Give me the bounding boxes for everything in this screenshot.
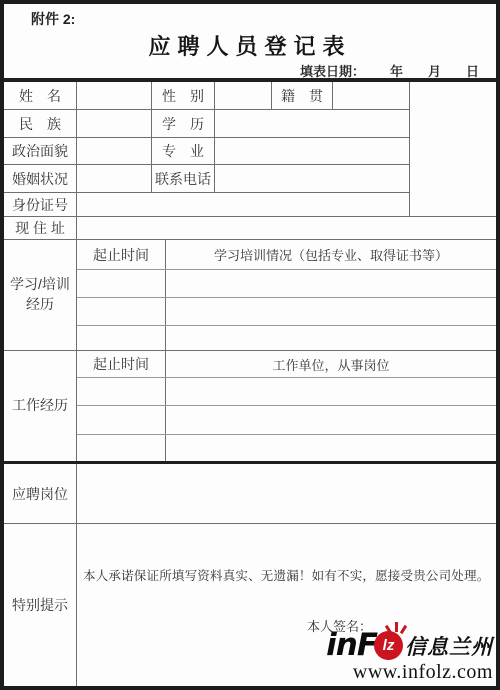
special-notice-label: 特别提示 bbox=[4, 524, 77, 686]
personal-info-section: 姓 名 性 别 籍 贯 民 族 学 历 政治面貌 专 业 婚姻状况 bbox=[4, 82, 496, 240]
phone-value-cell[interactable] bbox=[215, 165, 410, 193]
photo-cell[interactable] bbox=[410, 82, 496, 217]
education-time-cell[interactable] bbox=[77, 326, 166, 351]
major-value-cell[interactable] bbox=[215, 138, 410, 165]
work-time-cell[interactable] bbox=[77, 406, 166, 434]
gender-value-cell[interactable] bbox=[215, 82, 272, 110]
work-detail-header: 工作单位，从事岗位 bbox=[166, 351, 496, 377]
row-address: 现 住 址 bbox=[4, 217, 496, 240]
logo-website: www.infolz.com bbox=[327, 661, 493, 684]
marital-status-value-cell[interactable] bbox=[77, 165, 152, 193]
page-title: 应聘人员登记表 bbox=[4, 30, 496, 61]
education-time-cell[interactable] bbox=[77, 298, 166, 325]
work-blank-row bbox=[77, 435, 496, 461]
address-label: 现 住 址 bbox=[4, 217, 77, 240]
marital-status-label: 婚姻状况 bbox=[4, 165, 77, 193]
education-label: 学 历 bbox=[152, 110, 215, 138]
work-blank-row bbox=[77, 378, 496, 406]
attachment-label: 附件 2: bbox=[31, 9, 75, 29]
logo-latin-text: inF bbox=[326, 630, 377, 661]
work-time-cell[interactable] bbox=[77, 378, 166, 405]
work-detail-cell[interactable] bbox=[166, 378, 496, 405]
name-label: 姓 名 bbox=[4, 82, 77, 110]
registration-table: 姓 名 性 别 籍 贯 民 族 学 历 政治面貌 专 业 婚姻状况 bbox=[4, 78, 496, 686]
education-detail-cell[interactable] bbox=[166, 298, 496, 325]
logo-circle-icon: lz bbox=[374, 631, 403, 660]
id-number-label: 身份证号 bbox=[4, 193, 77, 217]
education-detail-cell[interactable] bbox=[166, 270, 496, 297]
education-header-row: 起止时间 学习培训情况（包括专业、取得证书等） bbox=[77, 240, 496, 270]
id-number-value-cell[interactable] bbox=[77, 193, 410, 217]
education-detail-header: 学习培训情况（包括专业、取得证书等） bbox=[166, 240, 496, 269]
education-section: 学习/培训 经历 起止时间 学习培训情况（包括专业、取得证书等） bbox=[4, 240, 496, 351]
name-value-cell[interactable] bbox=[77, 82, 152, 110]
special-notice-section: 特别提示 本人承诺保证所填写资料真实、无遗漏！如有不实，愿接受贵公司处理。 本人… bbox=[4, 524, 496, 686]
commitment-statement: 本人承诺保证所填写资料真实、无遗漏！如有不实，愿接受贵公司处理。 bbox=[83, 566, 489, 584]
work-detail-cell[interactable] bbox=[166, 406, 496, 434]
education-blank-row bbox=[77, 326, 496, 351]
work-time-header: 起止时间 bbox=[77, 351, 166, 377]
watermark-logo: inF lz 信息兰州 bbox=[327, 630, 493, 684]
phone-label: 联系电话 bbox=[152, 165, 215, 193]
form-sheet: 附件 2: 应聘人员登记表 填表日期： 年 月 日 姓 名 性 别 籍 贯 民 … bbox=[0, 0, 500, 690]
education-time-header: 起止时间 bbox=[77, 240, 166, 269]
education-time-cell[interactable] bbox=[77, 270, 166, 297]
political-status-label: 政治面貌 bbox=[4, 138, 77, 165]
work-blank-row bbox=[77, 406, 496, 435]
native-place-value-cell[interactable] bbox=[333, 82, 410, 110]
work-detail-cell[interactable] bbox=[166, 435, 496, 461]
political-status-value-cell[interactable] bbox=[77, 138, 152, 165]
applied-position-label: 应聘岗位 bbox=[4, 464, 77, 523]
major-label: 专 业 bbox=[152, 138, 215, 165]
work-section-label: 工作经历 bbox=[4, 351, 77, 461]
native-place-label: 籍 贯 bbox=[272, 82, 333, 110]
logo-chinese-text: 信息兰州 bbox=[405, 631, 493, 661]
education-value-cell[interactable] bbox=[215, 110, 410, 138]
ethnicity-label: 民 族 bbox=[4, 110, 77, 138]
education-blank-row bbox=[77, 298, 496, 326]
education-section-label: 学习/培训 经历 bbox=[4, 240, 77, 350]
work-header-row: 起止时间 工作单位，从事岗位 bbox=[77, 351, 496, 378]
applied-position-row: 应聘岗位 bbox=[4, 461, 496, 524]
education-detail-cell[interactable] bbox=[166, 326, 496, 351]
work-time-cell[interactable] bbox=[77, 435, 166, 461]
applied-position-value-cell[interactable] bbox=[77, 464, 496, 523]
education-blank-row bbox=[77, 270, 496, 298]
ethnicity-value-cell[interactable] bbox=[77, 110, 152, 138]
work-section: 工作经历 起止时间 工作单位，从事岗位 bbox=[4, 351, 496, 461]
address-value-cell[interactable] bbox=[77, 217, 496, 240]
logo-sparks-icon bbox=[385, 622, 407, 635]
special-notice-body: 本人承诺保证所填写资料真实、无遗漏！如有不实，愿接受贵公司处理。 本人签名： i… bbox=[77, 524, 496, 686]
gender-label: 性 别 bbox=[152, 82, 215, 110]
